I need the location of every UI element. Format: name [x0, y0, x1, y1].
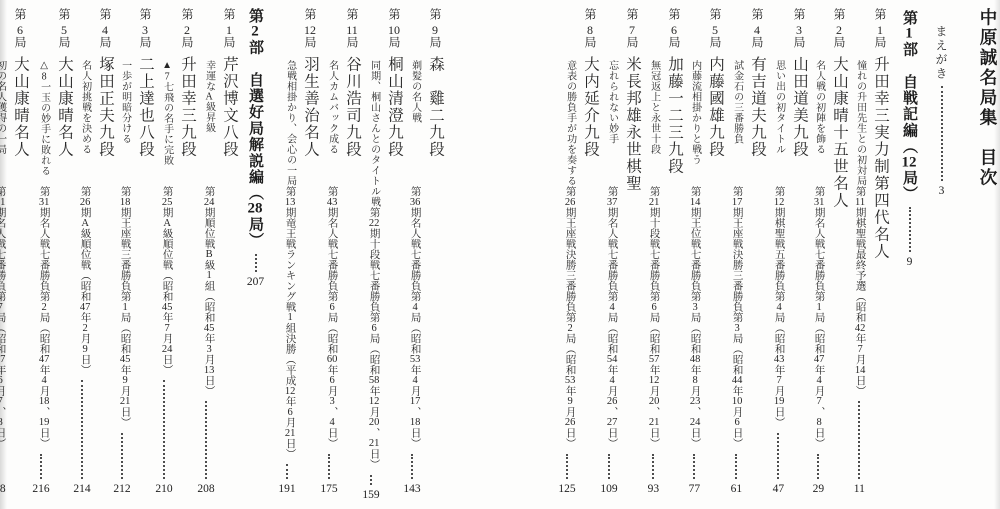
game-main-line: 第6局 大山康晴名人: [11, 8, 29, 497]
dot-leader: [817, 454, 819, 480]
event-info: 第17期王座戦決勝三番勝負第3局（昭和44年10月6日）: [730, 186, 743, 449]
part1-label: 第1部 自戦記編（12局）: [899, 10, 920, 202]
dot-leader: [941, 86, 943, 181]
game-note: △8一玉の妙手に敗れる: [32, 60, 49, 186]
game-number: 第5局: [708, 8, 722, 52]
game-number: 第3局: [138, 8, 152, 52]
game-number: 第12局: [303, 8, 317, 52]
dot-leader: [693, 454, 695, 480]
event-info: 第26期A級順位戦（昭和47年2月9日）: [73, 186, 90, 375]
game-number: 第1局: [222, 8, 236, 52]
game-main-line: 第2局 升田幸三九段: [178, 8, 196, 497]
page-number: 3: [939, 185, 945, 197]
game-sub-line: 剃髪の名人戦 第36期名人戦七番勝負第4局（昭和53年4月17、18日） 143: [403, 8, 420, 497]
game-entry: 第4局 有吉道夫九段 試金石の三番勝負 第17期王座戦決勝三番勝負第3局（昭和4…: [722, 8, 766, 497]
game-note: 幸運なA級昇級: [197, 60, 214, 186]
game-sub-line: △8一玉の妙手に敗れる 第31期名人戦七番勝負第2局（昭和47年4月18、19日…: [32, 8, 49, 497]
toc-left-page: 第9局 森 雞二九段 剃髪の名人戦 第36期名人戦七番勝負第4局（昭和53年4月…: [0, 8, 500, 497]
page-number: 208: [197, 483, 214, 497]
player-name: 大内延介九段: [582, 56, 599, 158]
event-info: 第12期棋聖戦五番勝負第4局（昭和43年7月19日）: [772, 186, 785, 428]
game-entry: 第11局 谷川浩司九段 名人カムバック成る 第43期名人戦七番勝負第6局（昭和6…: [317, 8, 361, 497]
game-main-line: 第9局 森 雞二九段: [426, 8, 444, 497]
game-main-line: 第1局 升田幸三実力制第四代名人: [871, 8, 889, 497]
player-name: 桐山清澄九段: [386, 56, 403, 158]
game-note: 初の名人獲得の一局: [0, 60, 6, 186]
event-info: 第24期順位戦B級1組（昭和45年3月13日）: [197, 186, 214, 396]
book-toc-spread: 中原誠名局集 目次 まえがき 3 第1部 自戦記編（12局） 9 第1局 升田幸…: [0, 0, 1000, 509]
game-note: 剃髪の名人戦: [403, 60, 420, 186]
part1-heading: 第1部 自戦記編（12局） 9: [899, 10, 920, 268]
game-note: 名人カムバック成る: [320, 60, 337, 186]
event-info: 第31期名人戦七番勝負第2局（昭和47年4月18、19日）: [32, 186, 49, 449]
dot-leader: [735, 454, 737, 480]
game-note: 名人初挑戦を決める: [73, 60, 90, 186]
dot-leader: [286, 464, 288, 479]
game-entry: 第5局 大山康晴名人 △8一玉の妙手に敗れる 第31期名人戦七番勝負第2局（昭和…: [29, 8, 73, 497]
dot-leader: [163, 380, 165, 479]
game-note: 無冠返上と永世十段: [647, 60, 660, 186]
game-entry: 第3局 二上達也八段 一歩が明暗分ける 第18期王座戦三番勝負第1局（昭和45年…: [110, 8, 154, 497]
page-number: 216: [32, 483, 49, 497]
game-note: 意表の勝負手が功を奏する: [558, 60, 575, 186]
dot-leader: [608, 454, 610, 480]
page-number: 125: [558, 483, 575, 497]
page-number: 47: [773, 483, 785, 497]
game-sub-line: 名人カムバック成る 第43期名人戦七番勝負第6局（昭和60年6月3、4日） 17…: [320, 8, 337, 497]
player-name: 山田道美九段: [791, 56, 808, 158]
game-main-line: 第10局 桐山清澄九段: [385, 8, 403, 497]
dot-leader: [40, 454, 42, 480]
game-sub-line: 忘れられない妙手 第37期名人戦七番勝負第4局（昭和54年4月26、27日） 1…: [600, 8, 617, 497]
event-info: 第31期名人戦七番勝負第7局（昭和47年6月7、8日）: [0, 186, 6, 449]
page-number: 207: [247, 276, 264, 288]
event-info: 第36期名人戦七番勝負第4局（昭和53年4月17、18日）: [403, 186, 420, 449]
event-info: 第26期王座戦決勝三番勝負第2局（昭和53年9月26日）: [558, 186, 575, 449]
game-entry: 第6局 加藤一二三九段 無冠返上と永世十段 第21期十段戦七番勝負第6局（昭和5…: [639, 8, 683, 497]
game-sub-line: 憧れの升田先生との初対局 第11期棋聖戦最終予選（昭和42年7月14日） 11: [853, 8, 866, 497]
dot-leader: [205, 401, 207, 479]
game-main-line: 第3局 山田道美九段: [790, 8, 808, 497]
event-info: 第21期十段戦七番勝負第6局（昭和57年12月20、21日）: [647, 186, 660, 449]
game-sub-line: 名人戦の初陣を飾る 第31期名人戦七番勝負第1局（昭和47年4月7、8日） 29: [812, 8, 825, 497]
game-number: 第10局: [387, 8, 401, 52]
game-sub-line: 試金石の三番勝負 第17期王座戦決勝三番勝負第3局（昭和44年10月6日） 61: [730, 8, 743, 497]
game-number: 第6局: [13, 8, 27, 52]
page-number: 214: [73, 483, 90, 497]
event-info: 第31期名人戦七番勝負第1局（昭和47年4月7、8日）: [812, 186, 825, 449]
game-sub-line: 無冠返上と永世十段 第21期十段戦七番勝負第6局（昭和57年12月20、21日）…: [647, 8, 660, 497]
game-number: 第9局: [428, 8, 442, 52]
event-info: 第43期名人戦七番勝負第6局（昭和60年6月3、4日）: [320, 186, 337, 449]
page-number: 61: [731, 483, 743, 497]
game-sub-line: 思い出の初タイトル 第12期棋聖戦五番勝負第4局（昭和43年7月19日） 47: [772, 8, 785, 497]
game-entry: 第12局 羽生善治名人 急戦相掛かり、会心の一局 第13期竜王戦ランキング戦1組…: [275, 8, 319, 497]
game-note: 憧れの升田先生との初対局: [853, 60, 866, 186]
game-entry: 第6局 大山康晴名人 初の名人獲得の一局 第31期名人戦七番勝負第7局（昭和47…: [0, 8, 29, 497]
event-info: 第11期棋聖戦最終予選（昭和42年7月14日）: [853, 186, 866, 396]
player-name: 米長邦雄永世棋聖: [624, 56, 641, 192]
game-entry: 第8局 大内延介九段 意表の勝負手が功を奏する 第26期王座戦決勝三番勝負第2局…: [555, 8, 599, 497]
player-name: 羽生善治名人: [302, 56, 319, 158]
dot-leader: [121, 433, 123, 480]
game-entry: 第4局 塚田正夫九段 名人初挑戦を決める 第26期A級順位戦（昭和47年2月9日…: [70, 8, 114, 497]
game-main-line: 第2局 大山康晴十五世名人: [830, 8, 848, 497]
game-sub-line: 同期、桐山さんとのタイトル戦 第22期十段戦七番勝負第6局（昭和58年12月20…: [362, 8, 379, 497]
page-number: 218: [0, 483, 6, 497]
page-number: 11: [854, 483, 865, 497]
game-number: 第2局: [832, 8, 846, 52]
dot-leader: [652, 454, 654, 480]
player-name: 内藤國雄九段: [707, 56, 724, 158]
game-sub-line: 幸運なA級昇級 第24期順位戦B級1組（昭和45年3月13日） 208: [197, 8, 214, 497]
game-main-line: 第4局 塚田正夫九段: [96, 8, 114, 497]
dot-leader: [255, 254, 257, 272]
toc-right-page: 中原誠名局集 目次 まえがき 3 第1部 自戦記編（12局） 9 第1局 升田幸…: [500, 8, 1000, 497]
game-note: 内藤流相掛かりと戦う: [688, 60, 701, 186]
game-entry: 第2局 大山康晴十五世名人 名人戦の初陣を飾る 第31期名人戦七番勝負第1局（昭…: [804, 8, 848, 497]
player-name: 大山康晴名人: [12, 56, 29, 158]
dot-leader: [777, 433, 779, 480]
page-number: 109: [600, 483, 617, 497]
game-sub-line: 名人初挑戦を決める 第26期A級順位戦（昭和47年2月9日） 214: [73, 8, 90, 497]
game-entry: 第1局 芹沢博文八段 幸運なA級昇級 第24期順位戦B級1組（昭和45年3月13…: [194, 8, 238, 497]
game-note: 急戦相掛かり、会心の一局: [278, 60, 295, 186]
game-number: 第1局: [873, 8, 887, 52]
game-number: 第11局: [345, 8, 359, 52]
player-name: 大山康晴十五世名人: [831, 56, 848, 209]
dot-leader: [370, 475, 372, 485]
page-number: 159: [362, 489, 379, 503]
game-main-line: 第4局 有吉道夫九段: [748, 8, 766, 497]
player-name: 有吉道夫九段: [749, 56, 766, 158]
game-number: 第3局: [792, 8, 806, 52]
page-number: 77: [689, 483, 701, 497]
page-number: 143: [403, 483, 420, 497]
game-main-line: 第8局 大内延介九段: [581, 8, 599, 497]
game-note: 試金石の三番勝負: [730, 60, 743, 186]
game-note: 思い出の初タイトル: [772, 60, 785, 186]
player-name: 大山康晴名人: [56, 56, 73, 158]
front-matter-entry: まえがき 3: [933, 25, 950, 197]
front-matter-label: まえがき: [933, 25, 950, 81]
game-number: 第4局: [750, 8, 764, 52]
player-name: 升田幸三九段: [179, 56, 196, 158]
page-number: 212: [113, 483, 130, 497]
game-sub-line: 内藤流相掛かりと戦う 第14期王位戦七番勝負第3局（昭和48年8月23、24日）…: [688, 8, 701, 497]
game-main-line: 第5局 大山康晴名人: [55, 8, 73, 497]
game-number: 第7局: [625, 8, 639, 52]
game-main-line: 第11局 谷川浩司九段: [343, 8, 361, 497]
page-number: 29: [813, 483, 825, 497]
game-note: 同期、桐山さんとのタイトル戦: [362, 60, 379, 207]
game-sub-line: ▲7七飛の名手に完敗 第25期A級順位戦（昭和45年7月24日） 210: [155, 8, 172, 497]
game-main-line: 第7局 米長邦雄永世棋聖: [623, 8, 641, 497]
game-number: 第4局: [98, 8, 112, 52]
game-sub-line: 意表の勝負手が功を奏する 第26期王座戦決勝三番勝負第2局（昭和53年9月26日…: [558, 8, 575, 497]
game-main-line: 第12局 羽生善治名人: [301, 8, 319, 497]
game-entry: 第2局 升田幸三九段 ▲7七飛の名手に完敗 第25期A級順位戦（昭和45年7月2…: [152, 8, 196, 497]
game-note: 一歩が明暗分ける: [113, 60, 130, 186]
game-main-line: 第1局 芹沢博文八段: [220, 8, 238, 497]
game-number: 第8局: [583, 8, 597, 52]
game-number: 第2局: [180, 8, 194, 52]
player-name: 加藤一二三九段: [666, 56, 683, 175]
game-number: 第5局: [57, 8, 71, 52]
player-name: 二上達也八段: [137, 56, 154, 158]
game-note: 忘れられない妙手: [600, 60, 617, 186]
dot-leader: [328, 454, 330, 480]
page-number: 93: [648, 483, 660, 497]
part2-heading: 第2部 自選好局解説編（28局） 207: [245, 8, 266, 288]
event-info: 第25期A級順位戦（昭和45年7月24日）: [155, 186, 172, 375]
game-main-line: 第5局 内藤國雄九段: [706, 8, 724, 497]
game-entry: 第9局 森 雞二九段 剃髪の名人戦 第36期名人戦七番勝負第4局（昭和53年4月…: [400, 8, 444, 497]
player-name: 森 雞二九段: [427, 56, 444, 158]
dot-leader: [566, 454, 568, 480]
game-main-line: 第3局 二上達也八段: [136, 8, 154, 497]
game-entry: 第7局 米長邦雄永世棋聖 忘れられない妙手 第37期名人戦七番勝負第4局（昭和5…: [597, 8, 641, 497]
game-number: 第6局: [667, 8, 681, 52]
game-entry: 第1局 升田幸三実力制第四代名人 憧れの升田先生との初対局 第11期棋聖戦最終予…: [845, 8, 889, 497]
event-info: 第13期竜王戦ランキング戦1組決勝（平成12年6月21日）: [278, 186, 295, 459]
dot-leader: [858, 401, 860, 479]
page-number: 175: [320, 483, 337, 497]
event-info: 第37期名人戦七番勝負第4局（昭和54年4月26、27日）: [600, 186, 617, 449]
game-entry: 第10局 桐山清澄九段 同期、桐山さんとのタイトル戦 第22期十段戦七番勝負第6…: [359, 8, 403, 497]
event-info: 第18期王座戦三番勝負第1局（昭和45年9月21日）: [113, 186, 130, 428]
game-note: ▲7七飛の名手に完敗: [155, 60, 172, 186]
event-info: 第14期王位戦七番勝負第3局（昭和48年8月23、24日）: [688, 186, 701, 449]
game-note: 名人戦の初陣を飾る: [812, 60, 825, 186]
game-main-line: 第6局 加藤一二三九段: [665, 8, 683, 497]
dot-leader: [81, 380, 83, 479]
page-number: 9: [907, 256, 913, 268]
game-sub-line: 急戦相掛かり、会心の一局 第13期竜王戦ランキング戦1組決勝（平成12年6月21…: [278, 8, 295, 497]
book-title: 中原誠名局集 目次: [979, 8, 997, 188]
player-name: 谷川浩司九段: [344, 56, 361, 158]
dot-leader: [909, 207, 911, 252]
player-name: 塚田正夫九段: [97, 56, 114, 158]
part2-label: 第2部 自選好局解説編（28局）: [245, 8, 266, 249]
game-entry: 第3局 山田道美九段 思い出の初タイトル 第12期棋聖戦五番勝負第4局（昭和43…: [764, 8, 808, 497]
player-name: 芹沢博文八段: [221, 56, 238, 158]
page-number: 191: [278, 483, 295, 497]
book-title-text: 中原誠名局集 目次: [978, 8, 998, 188]
game-sub-line: 一歩が明暗分ける 第18期王座戦三番勝負第1局（昭和45年9月21日） 212: [113, 8, 130, 497]
game-entry: 第5局 内藤國雄九段 内藤流相掛かりと戦う 第14期王位戦七番勝負第3局（昭和4…: [680, 8, 724, 497]
game-sub-line: 初の名人獲得の一局 第31期名人戦七番勝負第7局（昭和47年6月7、8日） 21…: [0, 8, 6, 497]
dot-leader: [411, 454, 413, 480]
event-info: 第22期十段戦七番勝負第6局（昭和58年12月20、21日）: [362, 207, 379, 470]
page-number: 210: [155, 483, 172, 497]
player-name: 升田幸三実力制第四代名人: [872, 56, 889, 260]
